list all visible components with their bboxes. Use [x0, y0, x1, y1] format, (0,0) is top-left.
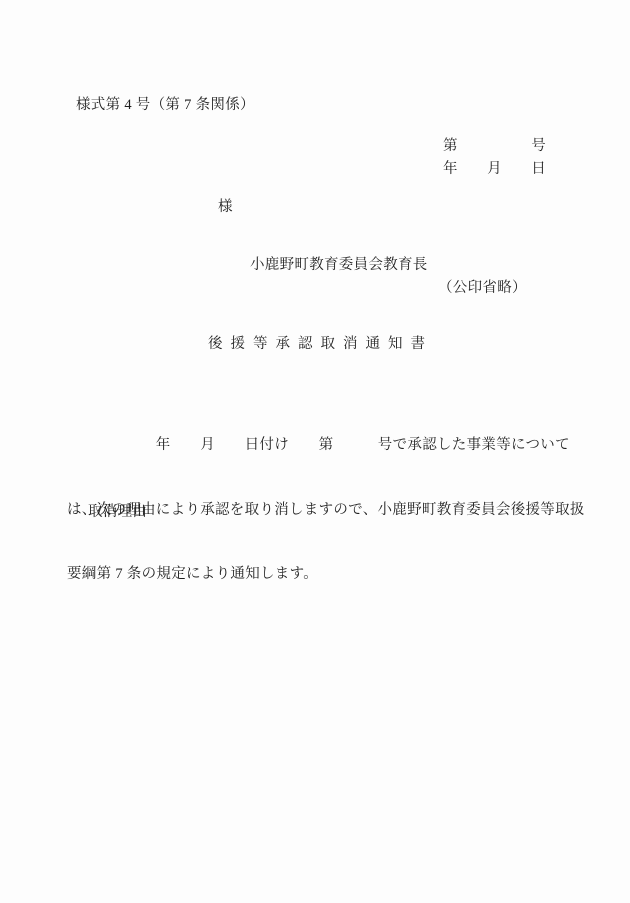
document-number-date-block: 第 号 年 月 日: [443, 139, 546, 176]
sender-name: 小鹿野町教育委員会教育長: [250, 258, 428, 273]
document-title: 後援等承認取消通知書: [208, 337, 433, 352]
seal-omitted-note: （公印省略）: [438, 281, 527, 296]
form-number-label: 様式第 4 号（第 7 条関係）: [76, 98, 255, 113]
doc-number-suffix: 号: [531, 139, 546, 154]
date-month-label: 月: [487, 162, 502, 177]
date-year-label: 年: [443, 162, 458, 177]
date-row: 年 月 日: [443, 162, 546, 177]
body-line-1: 年 月 日付け 第 号で承認した事業等について: [67, 435, 585, 457]
addressee-honorific: 様: [218, 200, 233, 215]
date-day-label: 日: [531, 162, 546, 177]
document-page: 様式第 4 号（第 7 条関係） 第 号 年 月 日 様 小鹿野町教育委員会教育…: [0, 0, 630, 903]
cancellation-reason-label: 取消理由: [88, 505, 147, 520]
body-line-3: 要綱第 7 条の規定により通知します。: [67, 564, 585, 586]
document-number-row: 第 号: [443, 139, 546, 154]
doc-number-prefix: 第: [443, 139, 458, 154]
